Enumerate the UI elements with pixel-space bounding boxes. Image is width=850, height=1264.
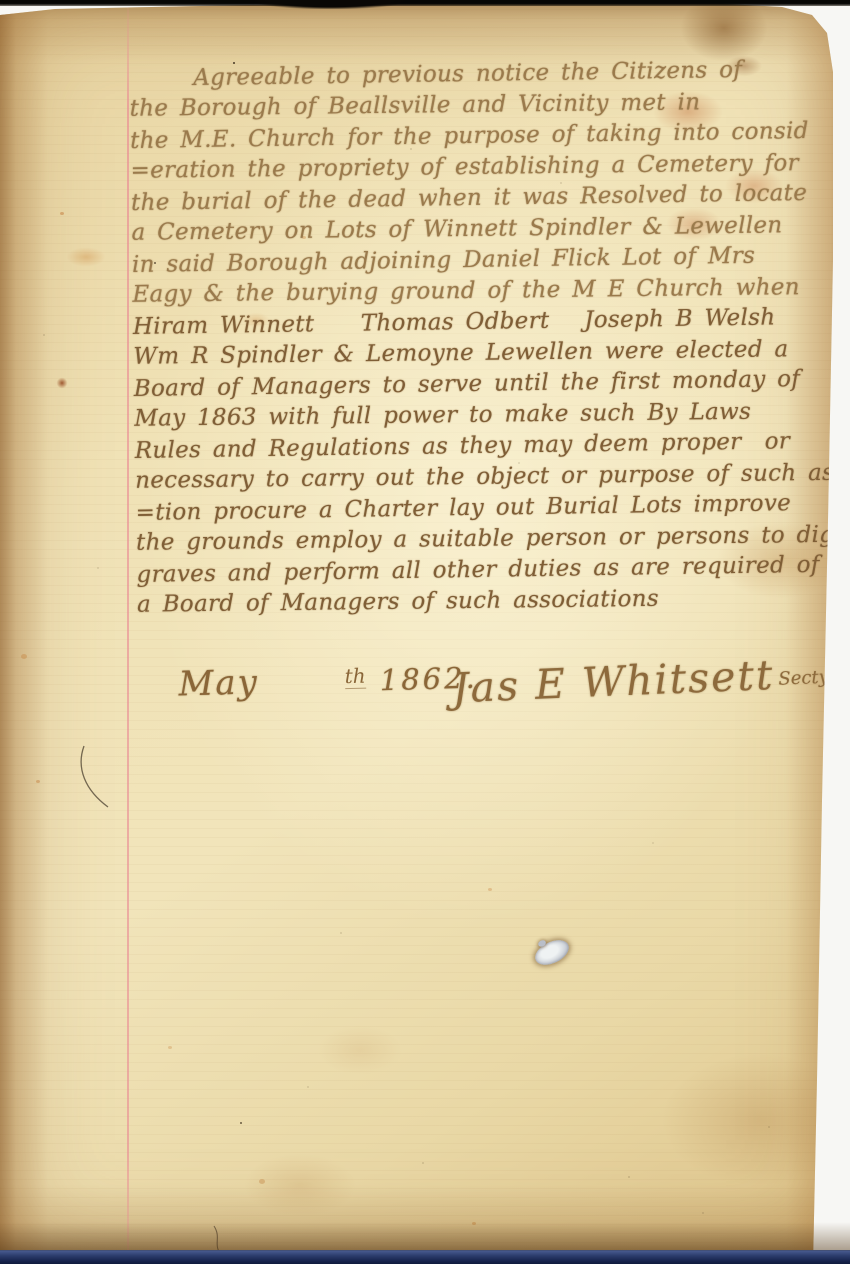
margin-rule-line — [127, 6, 129, 1256]
date-day: th — [344, 664, 366, 690]
book-bottom-binding-band — [0, 1250, 850, 1264]
scanned-ledger-page: Agreeable to previous notice the Citizen… — [0, 0, 850, 1264]
date-line: Mayth1862. — [147, 638, 479, 725]
signature-name: Jas E Whitsett — [451, 651, 775, 712]
wax-blob — [531, 935, 573, 970]
page-bottom-shadow — [0, 1222, 850, 1250]
date-month: May — [178, 662, 259, 704]
manuscript-text: Agreeable to previous notice the Citizen… — [129, 54, 841, 622]
paper-sheet: Agreeable to previous notice the Citizen… — [0, 0, 850, 1264]
book-top-edge — [0, 0, 850, 6]
hair-mark-curve — [81, 746, 108, 807]
signature: Jas E WhitsettSecty — [451, 648, 850, 713]
manuscript-line: a Board of Managers of such associations — [137, 582, 841, 621]
signature-title: Secty — [778, 667, 829, 690]
